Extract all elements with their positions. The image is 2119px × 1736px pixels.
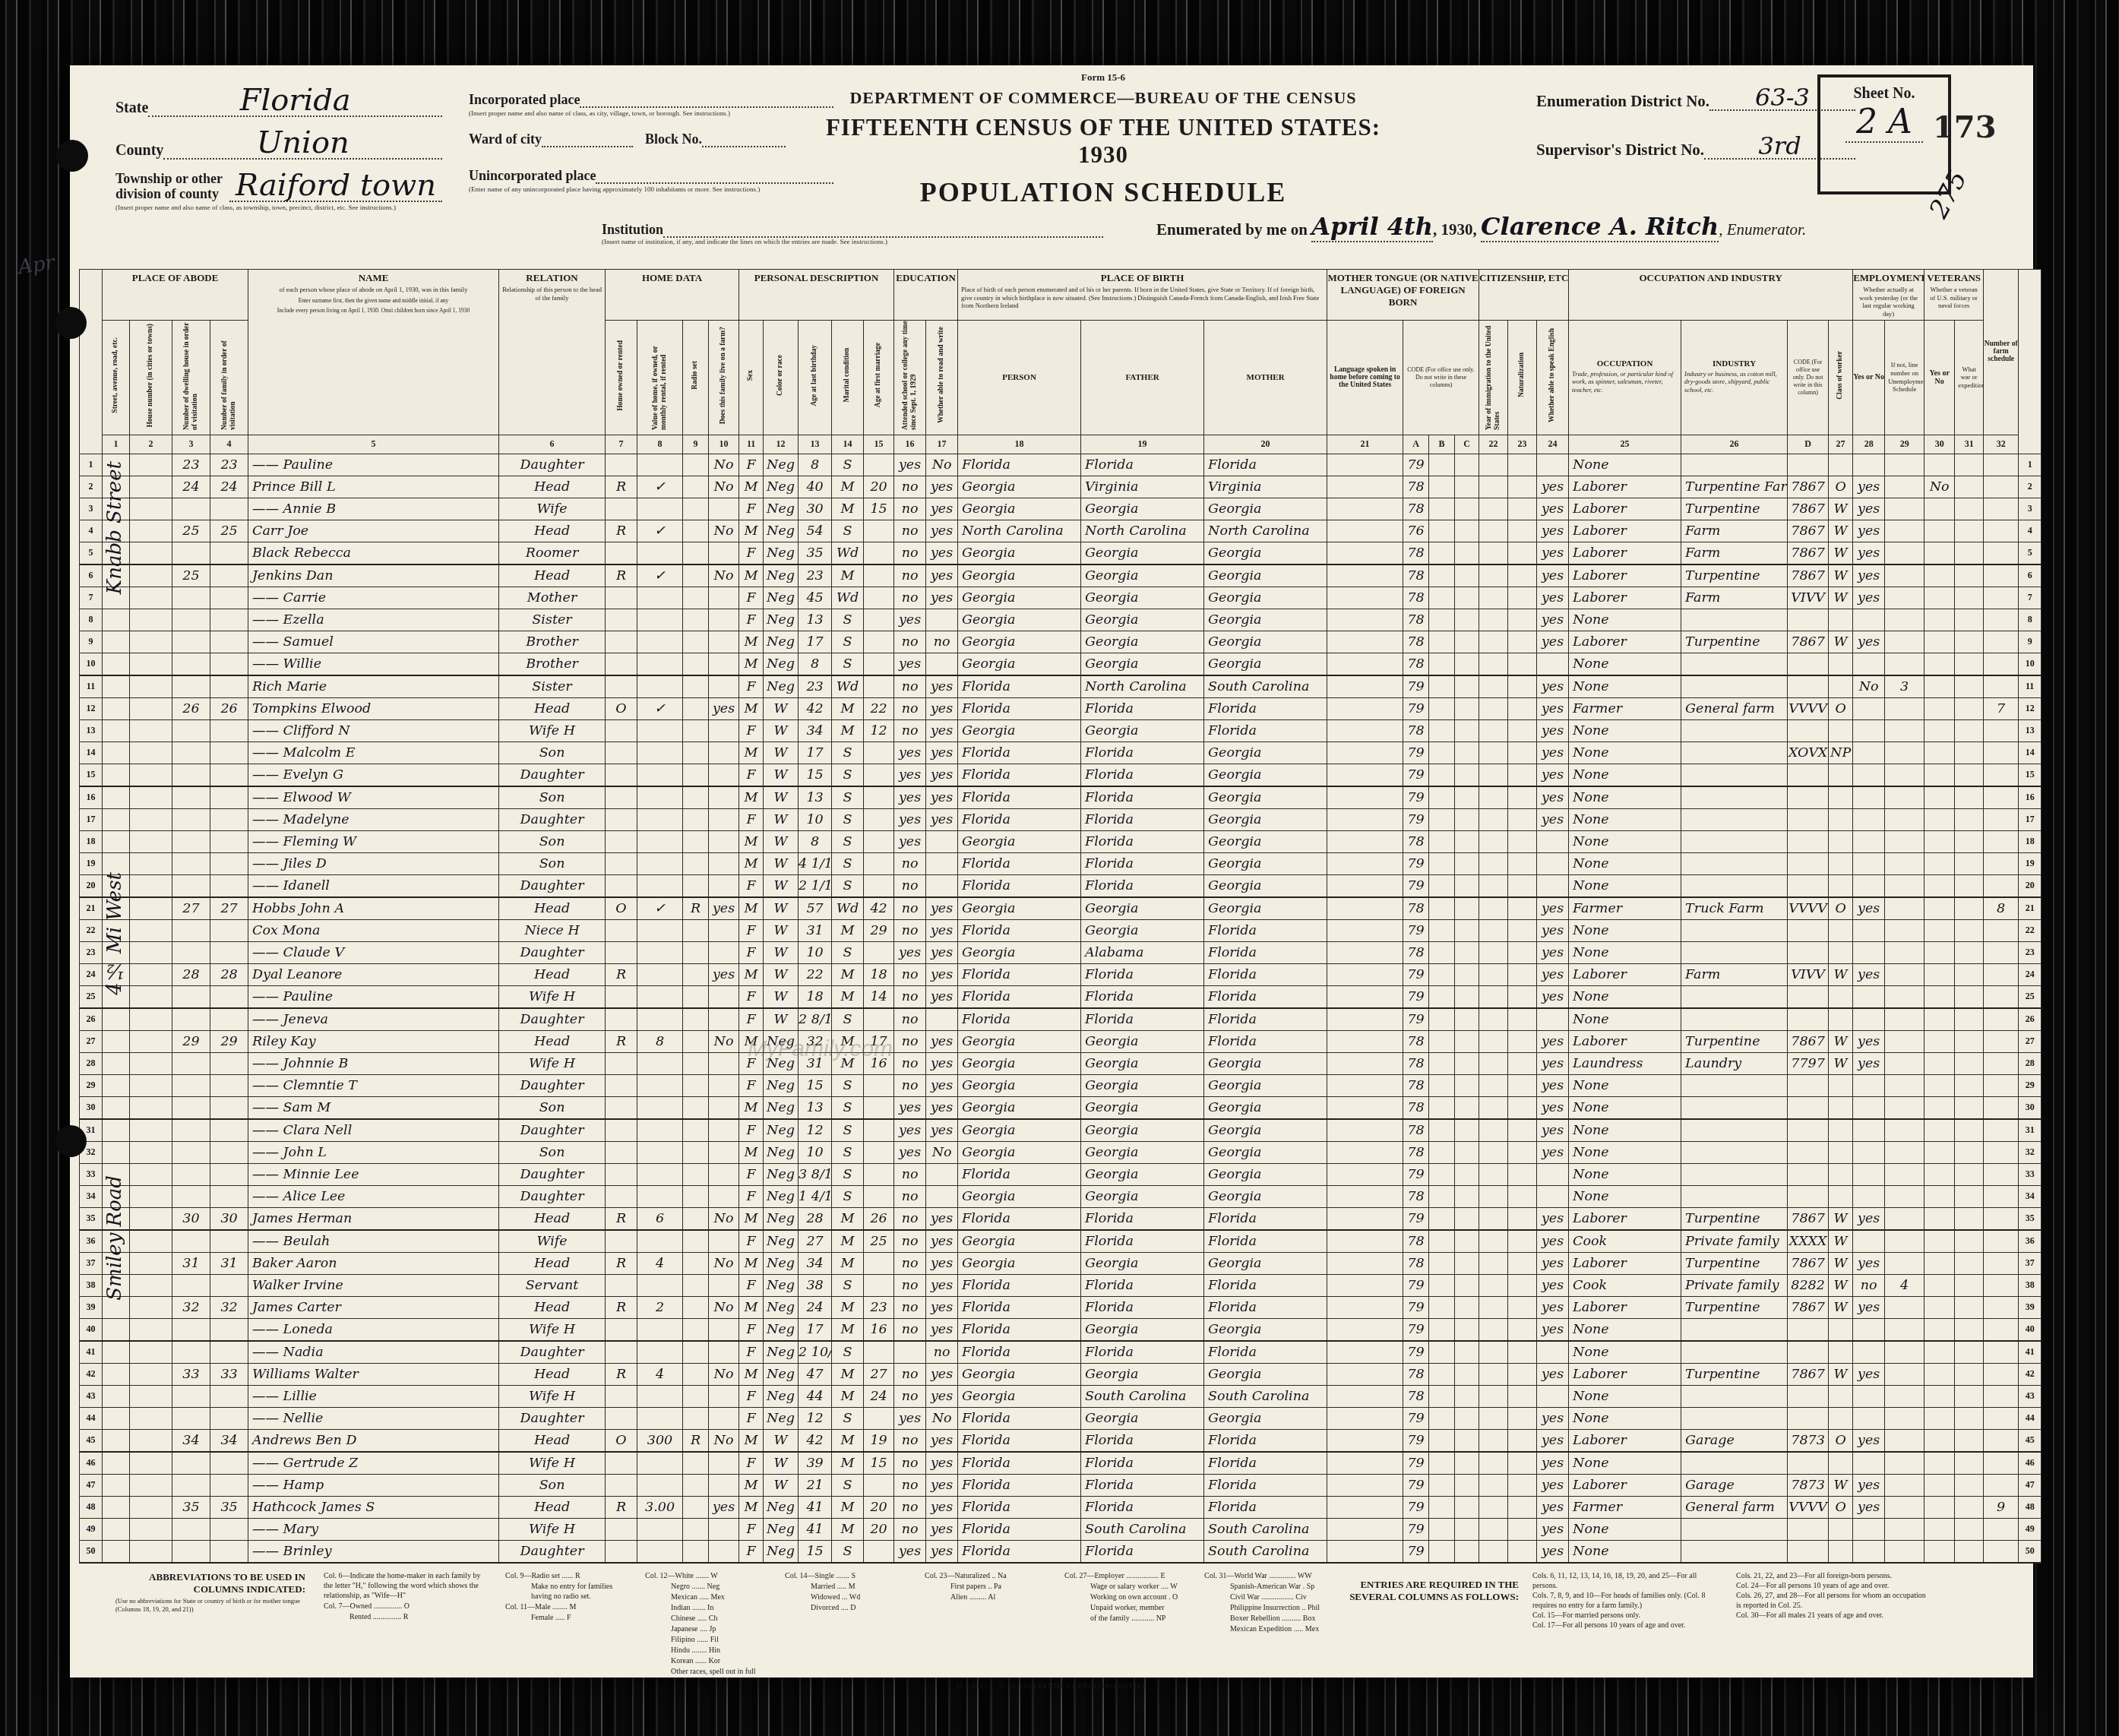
family-number: [210, 919, 248, 941]
code-c: [1455, 697, 1479, 719]
code-a: 79: [1403, 1008, 1429, 1031]
marital-condition: M: [832, 1252, 864, 1274]
birthplace: Florida: [958, 1540, 1081, 1563]
war: [1955, 653, 1984, 675]
farm-schedule: [1984, 1540, 2019, 1563]
farm-schedule: [1984, 653, 2019, 675]
code-a: 79: [1403, 808, 1429, 830]
line-number: 49: [2019, 1518, 2042, 1540]
occupation: None: [1569, 764, 1681, 786]
worked-yesterday: [1853, 830, 1885, 852]
table-row: 393232James CarterHeadR2NoMNeg24M23noyes…: [80, 1296, 2042, 1318]
home-value: [637, 1518, 683, 1540]
naturalization: [1508, 1074, 1537, 1096]
table-row: 23—— Claude VDaughterFW10SyesyesGeorgiaA…: [80, 941, 2042, 963]
class-of-worker: [1829, 985, 1853, 1008]
home-value: [637, 631, 683, 653]
form-title-block: Form 15-6 DEPARTMENT OF COMMERCE—BUREAU …: [799, 71, 1407, 208]
code-b: [1429, 1540, 1455, 1563]
age: 4 1/12: [799, 852, 832, 874]
line-number: 4: [2019, 520, 2042, 542]
family-number: [210, 564, 248, 587]
veteran: [1924, 985, 1955, 1008]
class-of-worker: [1829, 675, 1853, 698]
house-number: [130, 542, 172, 564]
read-write: yes: [926, 764, 958, 786]
year-immigration: [1479, 1429, 1508, 1452]
code-d: [1788, 653, 1829, 675]
place-of-birth-header: PLACE OF BIRTH Place of birth of each pe…: [958, 270, 1327, 321]
unemployment-line: [1885, 498, 1924, 520]
birthplace-mother: Florida: [1204, 1429, 1327, 1452]
birthplace-mother: Georgia: [1204, 653, 1327, 675]
mother-tongue: [1327, 1207, 1403, 1230]
code-c: [1455, 830, 1479, 852]
class-of-worker: O: [1829, 697, 1853, 719]
code-d: VVVV: [1788, 697, 1829, 719]
speaks-english: [1537, 454, 1569, 476]
war: [1955, 808, 1984, 830]
birthplace: Florida: [958, 764, 1081, 786]
code-a: 76: [1403, 520, 1429, 542]
worked-yesterday: [1853, 1096, 1885, 1119]
code-d: [1788, 1341, 1829, 1364]
farm-residence: [709, 1407, 739, 1429]
birthplace: Florida: [958, 742, 1081, 764]
radio-set: [683, 742, 709, 764]
home-value: ✓: [637, 897, 683, 920]
veteran: [1924, 1052, 1955, 1074]
code-c: [1455, 897, 1479, 920]
year-immigration: [1479, 764, 1508, 786]
code-a: 79: [1403, 742, 1429, 764]
birthplace-mother: Georgia: [1204, 852, 1327, 874]
table-row: 41—— NadiaDaughterFNeg2 10/12SnoFloridaF…: [80, 1341, 2042, 1364]
line-number: 24: [80, 963, 103, 985]
institution-note: (Insert name of institution, if any, and…: [602, 238, 1103, 245]
occupation: Laborer: [1569, 1030, 1681, 1052]
age-first-marriage: [864, 852, 894, 874]
pob-mother-header: MOTHER: [1204, 320, 1327, 435]
year-immigration: [1479, 1274, 1508, 1296]
sex: M: [739, 653, 764, 675]
relation: Daughter: [499, 1407, 606, 1429]
table-header: PLACE OF ABODE NAME of each person whose…: [80, 270, 2042, 454]
dwelling-number: [172, 1452, 210, 1475]
marital-condition: M: [832, 1496, 864, 1518]
sex: M: [739, 830, 764, 852]
home-owned-rented: [606, 454, 637, 476]
sex: F: [739, 1274, 764, 1296]
family-number: 35: [210, 1496, 248, 1518]
form-number: Form 15-6: [799, 71, 1407, 84]
veteran: [1924, 764, 1955, 786]
birthplace: Florida: [958, 963, 1081, 985]
read-write-col-header: Whether able to read and write: [926, 320, 958, 435]
mother-tongue: [1327, 941, 1403, 963]
code-c: [1455, 476, 1479, 498]
birthplace-mother: Florida: [1204, 919, 1327, 941]
line-number: 30: [80, 1096, 103, 1119]
home-value: [637, 1318, 683, 1341]
line-number: 10: [2019, 653, 2042, 675]
unemployment-line: [1885, 1496, 1924, 1518]
street: [103, 587, 130, 609]
name: —— Idanell: [248, 874, 499, 897]
ward-value: [542, 131, 633, 147]
column-number: D: [1788, 435, 1829, 454]
class-of-worker: W: [1829, 1030, 1853, 1052]
home-owned-rented: [606, 587, 637, 609]
age: 24: [799, 1296, 832, 1318]
read-write: yes: [926, 1540, 958, 1563]
age-first-marriage: 29: [864, 919, 894, 941]
code-d: [1788, 852, 1829, 874]
read-write: yes: [926, 963, 958, 985]
age-first-marriage: [864, 1119, 894, 1142]
family-number: [210, 1230, 248, 1253]
war: [1955, 1518, 1984, 1540]
farm-residence: No: [709, 1429, 739, 1452]
farm-schedule: [1984, 719, 2019, 742]
birthplace-mother: Florida: [1204, 1274, 1327, 1296]
birthplace-mother: Georgia: [1204, 742, 1327, 764]
code-b: [1429, 1407, 1455, 1429]
line-number: 35: [2019, 1207, 2042, 1230]
attended-school: yes: [894, 454, 926, 476]
color-race: Neg: [764, 1141, 799, 1163]
home-value: [637, 963, 683, 985]
code-a: 79: [1403, 675, 1429, 698]
dwelling-number: [172, 498, 210, 520]
birthplace-mother: Georgia: [1204, 830, 1327, 852]
unemployment-line: [1885, 1252, 1924, 1274]
worked-yesterday: yes: [1853, 498, 1885, 520]
column-number: 17: [926, 435, 958, 454]
attended-school: no: [894, 697, 926, 719]
name: Hobbs John A: [248, 897, 499, 920]
code-c: [1455, 1296, 1479, 1318]
sheet-header: Apr State Florida County Union Township …: [70, 65, 2033, 269]
home-value: 3.00: [637, 1496, 683, 1518]
code-c: [1455, 1363, 1479, 1385]
code-c: [1455, 1274, 1479, 1296]
naturalization-col-header: Naturalization: [1508, 320, 1537, 435]
farm-residence: [709, 764, 739, 786]
occupation: Laundress: [1569, 1052, 1681, 1074]
age-first-marriage: [864, 1163, 894, 1185]
occupation: Laborer: [1569, 1207, 1681, 1230]
age-first-marriage: [864, 1141, 894, 1163]
industry: Turpentine: [1681, 1207, 1788, 1230]
age: 12: [799, 1407, 832, 1429]
street: [103, 1540, 130, 1563]
radio-set: [683, 609, 709, 631]
name: Williams Walter: [248, 1363, 499, 1385]
war: [1955, 1252, 1984, 1274]
radio-set: [683, 1074, 709, 1096]
house-number: [130, 1008, 172, 1031]
home-value: [637, 1163, 683, 1185]
farm-residence: [709, 1074, 739, 1096]
class-of-worker: [1829, 764, 1853, 786]
code-a: 78: [1403, 542, 1429, 564]
industry: [1681, 919, 1788, 941]
family-number: [210, 1474, 248, 1496]
line-number: 41: [2019, 1341, 2042, 1364]
attended-school: yes: [894, 808, 926, 830]
code-c: [1455, 919, 1479, 941]
birthplace-father: Florida: [1081, 786, 1204, 809]
code-d: [1788, 764, 1829, 786]
family-number: 25: [210, 520, 248, 542]
veteran: [1924, 830, 1955, 852]
mother-tongue: [1327, 897, 1403, 920]
age-first-marriage: [864, 1008, 894, 1031]
street: [103, 697, 130, 719]
radio-set: [683, 1341, 709, 1364]
code-b: [1429, 609, 1455, 631]
code-b: [1429, 498, 1455, 520]
worked-yesterday: [1853, 1119, 1885, 1142]
birthplace: Georgia: [958, 1363, 1081, 1385]
relation: Son: [499, 1141, 606, 1163]
color-race: Neg: [764, 454, 799, 476]
war: [1955, 675, 1984, 698]
war: [1955, 1318, 1984, 1341]
sex: F: [739, 1318, 764, 1341]
code-c: [1455, 808, 1479, 830]
age-first-marriage: [864, 1074, 894, 1096]
birthplace-father: Florida: [1081, 985, 1204, 1008]
unincorporated-value: [596, 167, 833, 184]
speaks-english: yes: [1537, 1429, 1569, 1452]
industry: [1681, 1185, 1788, 1207]
population-schedule-table: PLACE OF ABODE NAME of each person whose…: [79, 269, 2042, 1564]
birthplace: Florida: [958, 985, 1081, 1008]
occupation: Laborer: [1569, 587, 1681, 609]
birthplace: Georgia: [958, 1030, 1081, 1052]
year-immigration: [1479, 941, 1508, 963]
occupation: None: [1569, 1119, 1681, 1142]
color-race: Neg: [764, 609, 799, 631]
dwelling-number: 33: [172, 1363, 210, 1385]
enumeration-date: April 4th: [1311, 212, 1433, 242]
mother-tongue: [1327, 1252, 1403, 1274]
street: [103, 609, 130, 631]
code-d: [1788, 1141, 1829, 1163]
marital-condition: S: [832, 1163, 864, 1185]
name: —— Johnnie B: [248, 1052, 499, 1074]
department-line: DEPARTMENT OF COMMERCE—BUREAU OF THE CEN…: [799, 88, 1407, 108]
code-b: [1429, 1296, 1455, 1318]
read-write: [926, 1163, 958, 1185]
radio-set: R: [683, 1429, 709, 1452]
name: —— Claude V: [248, 941, 499, 963]
class-of-worker: [1829, 941, 1853, 963]
year-immigration: [1479, 1385, 1508, 1407]
mother-tongue: [1327, 1030, 1403, 1052]
war: [1955, 631, 1984, 653]
street: [103, 852, 130, 874]
naturalization: [1508, 1296, 1537, 1318]
read-write: yes: [926, 1207, 958, 1230]
table-row: 7—— CarrieMotherFNeg45WdnoyesGeorgiaGeor…: [80, 587, 2042, 609]
mother-tongue: [1327, 476, 1403, 498]
entries-required-line: Col. 30—For all males 21 years of age an…: [1736, 1611, 1926, 1621]
marital-condition: M: [832, 1363, 864, 1385]
radio-set: [683, 454, 709, 476]
house-number: [130, 941, 172, 963]
house-number: [130, 454, 172, 476]
color-race: Neg: [764, 1096, 799, 1119]
year-immigration: [1479, 1230, 1508, 1253]
table-row: 5Black RebeccaRoomerFNeg35WdnoyesGeorgia…: [80, 542, 2042, 564]
name: Hathcock James S: [248, 1496, 499, 1518]
code-d: [1788, 941, 1829, 963]
home-owned-rented: [606, 1230, 637, 1253]
street: [103, 1363, 130, 1385]
code-b: [1429, 963, 1455, 985]
code-c: [1455, 631, 1479, 653]
house-number: [130, 963, 172, 985]
war: [1955, 786, 1984, 809]
farm-residence: [709, 830, 739, 852]
speaks-english: yes: [1537, 631, 1569, 653]
family-number: [210, 1119, 248, 1142]
line-number: 22: [80, 919, 103, 941]
code-a: 79: [1403, 919, 1429, 941]
code-d: [1788, 1163, 1829, 1185]
entries-required-column: Cols. 21, 22, and 23—For all foreign-bor…: [1736, 1571, 1926, 1678]
year-immigration: [1479, 1207, 1508, 1230]
speaks-english: yes: [1537, 742, 1569, 764]
year-immigration: [1479, 808, 1508, 830]
family-number: 32: [210, 1296, 248, 1318]
speaks-english: yes: [1537, 609, 1569, 631]
table-row: 38Walker IrvineServantFNeg38SnoyesFlorid…: [80, 1274, 2042, 1296]
attended-school: no: [894, 1052, 926, 1074]
abbreviation-line: Mexican ..... Mex: [645, 1592, 767, 1602]
house-number: [130, 1540, 172, 1563]
marital-condition: S: [832, 852, 864, 874]
worked-yesterday: yes: [1853, 542, 1885, 564]
marital-condition: M: [832, 985, 864, 1008]
birthplace-mother: Georgia: [1204, 1074, 1327, 1096]
attended-school: no: [894, 897, 926, 920]
farm-schedule: 8: [1984, 897, 2019, 920]
dwelling-number: [172, 1385, 210, 1407]
sheet-value: 2 A: [1845, 103, 1923, 143]
code-a: 79: [1403, 874, 1429, 897]
dwelling-number: [172, 830, 210, 852]
abbreviation-line: Civil War ................. Civ: [1204, 1592, 1326, 1602]
birthplace-father: Florida: [1081, 1230, 1204, 1253]
attended-school: no: [894, 1496, 926, 1518]
abbreviation-line: Mexican Expedition ..... Mex: [1204, 1624, 1326, 1634]
family-number: [210, 1163, 248, 1185]
farm-residence: [709, 631, 739, 653]
speaks-english: yes: [1537, 1119, 1569, 1142]
code-a: 79: [1403, 454, 1429, 476]
family-number: [210, 985, 248, 1008]
line-number: 17: [80, 808, 103, 830]
citizenship-header: CITIZENSHIP, ETC.: [1479, 270, 1569, 321]
name: —— Willie: [248, 653, 499, 675]
occupation-industry-header: OCCUPATION AND INDUSTRY: [1569, 270, 1853, 321]
read-write: yes: [926, 1030, 958, 1052]
radio-set: [683, 786, 709, 809]
speaks-english: yes: [1537, 1540, 1569, 1563]
table-row: 423333Williams WalterHeadR4NoMNeg47M27no…: [80, 1363, 2042, 1385]
year-immigration: [1479, 1163, 1508, 1185]
naturalization: [1508, 1185, 1537, 1207]
age-first-marriage: 23: [864, 1296, 894, 1318]
street: [103, 919, 130, 941]
mother-tongue: [1327, 786, 1403, 809]
abbreviation-block: Col. 6—Indicate the home-maker in each f…: [324, 1571, 487, 1678]
birthplace: Georgia: [958, 653, 1081, 675]
name: —— Nadia: [248, 1341, 499, 1364]
family-number: [210, 1274, 248, 1296]
occupation: None: [1569, 1341, 1681, 1364]
age: 10: [799, 941, 832, 963]
code-d: [1788, 919, 1829, 941]
code-b: [1429, 897, 1455, 920]
home-owned-rented: [606, 1008, 637, 1031]
code-a: 78: [1403, 1385, 1429, 1407]
veteran: [1924, 542, 1955, 564]
relation: Daughter: [499, 1163, 606, 1185]
speaks-english: yes: [1537, 1318, 1569, 1341]
abbreviation-line: Make no entry for families having no rad…: [505, 1582, 627, 1602]
family-number: 24: [210, 476, 248, 498]
house-number: [130, 1341, 172, 1364]
veteran: [1924, 1030, 1955, 1052]
family-number: 23: [210, 454, 248, 476]
line-number: 26: [80, 1008, 103, 1031]
color-race: W: [764, 1429, 799, 1452]
naturalization: [1508, 963, 1537, 985]
class-of-worker: [1829, 1540, 1853, 1563]
street: [103, 1274, 130, 1296]
worked-yesterday: [1853, 742, 1885, 764]
home-owned-rented: [606, 852, 637, 874]
abbreviation-block: ABBREVIATIONS TO BE USED IN COLUMNS INDI…: [115, 1571, 305, 1678]
birthplace-father: Georgia: [1081, 1163, 1204, 1185]
code-c: [1455, 1341, 1479, 1364]
code-c: [1455, 1496, 1479, 1518]
naturalization: [1508, 1230, 1537, 1253]
dwelling-number: [172, 808, 210, 830]
abbreviation-block: Col. 23—Naturalized .. NaFirst papers ..…: [925, 1571, 1046, 1678]
mother-tongue: [1327, 1163, 1403, 1185]
unemployment-line: [1885, 963, 1924, 985]
industry: [1681, 454, 1788, 476]
color-race: Neg: [764, 1296, 799, 1318]
code-d: 7873: [1788, 1474, 1829, 1496]
table-row: 43—— LillieWife HFNeg44M24noyesGeorgiaSo…: [80, 1385, 2042, 1407]
farm-residence: [709, 1452, 739, 1475]
unemployment-line: [1885, 631, 1924, 653]
street: [103, 1496, 130, 1518]
home-value: [637, 742, 683, 764]
radio-set: [683, 1052, 709, 1074]
code-b: [1429, 719, 1455, 742]
name: —— Alice Lee: [248, 1185, 499, 1207]
farm-residence: [709, 1119, 739, 1142]
veteran: [1924, 564, 1955, 587]
